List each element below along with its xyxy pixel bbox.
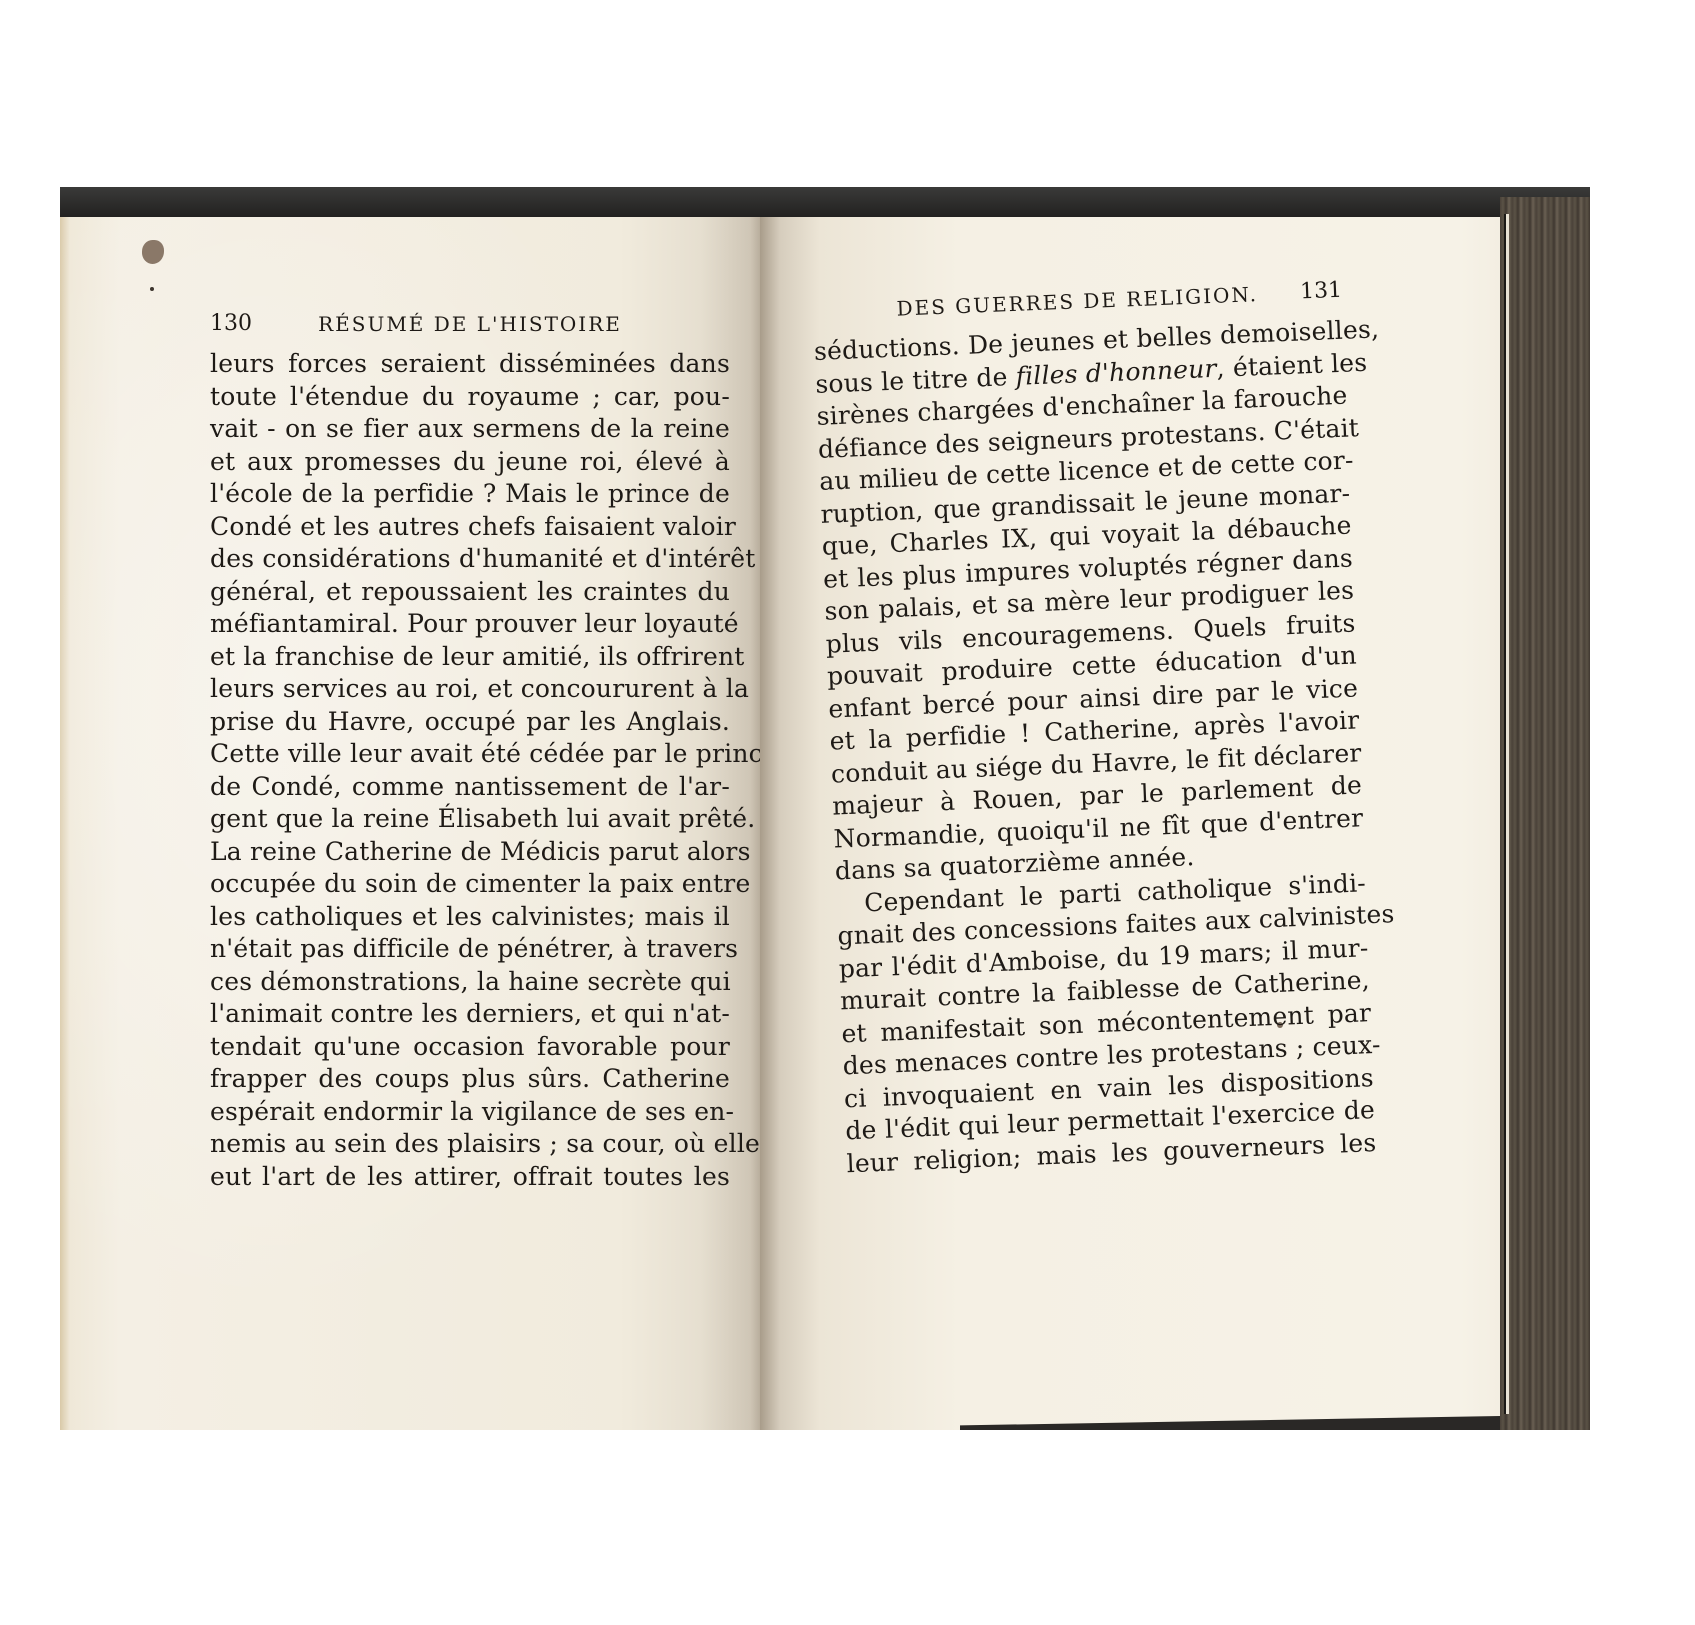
text-line: de Condé, comme nantissement de l'ar- xyxy=(210,771,730,804)
text-line: des considérations d'humanité et d'intér… xyxy=(210,543,730,576)
text-line: leurs services au roi, et concoururent à… xyxy=(210,673,730,706)
left-running-head: 130 RÉSUMÉ DE L'HISTOIRE xyxy=(210,312,730,340)
text-line: vait - on se fier aux sermens de la rein… xyxy=(210,413,730,446)
page-number: 131 xyxy=(1291,274,1342,308)
left-page-text: 130 RÉSUMÉ DE L'HISTOIRE leurs forces se… xyxy=(210,312,730,1193)
text-line: Cette ville leur avait été cédée par le … xyxy=(210,738,730,771)
text-line: méfiantamiral. Pour prouver leur loyauté xyxy=(210,608,730,641)
left-page-clip: 130 RÉSUMÉ DE L'HISTOIRE leurs forces se… xyxy=(0,0,760,1625)
running-head-title: RÉSUMÉ DE L'HISTOIRE xyxy=(260,308,680,341)
right-page-lines: séductions. De jeunes et belles demoisel… xyxy=(813,315,1376,1181)
page-shadow xyxy=(960,1416,1500,1430)
page-number: 130 xyxy=(210,308,260,341)
text-line: La reine Catherine de Médicis parut alor… xyxy=(210,836,730,869)
text-line: Condé et les autres chefs faisaient valo… xyxy=(210,511,730,544)
text-line: espérait endormir la vigilance de ses en… xyxy=(210,1096,730,1129)
text-line: eut l'art de les attirer, offrait toutes… xyxy=(210,1161,730,1194)
text-line: l'animait contre les derniers, et qui n'… xyxy=(210,998,730,1031)
left-page-lines: leurs forces seraient disséminées dansto… xyxy=(210,348,730,1193)
text-line: et la franchise de leur amitié, ils offr… xyxy=(210,641,730,674)
text-line: gent que la reine Élisabeth lui avait pr… xyxy=(210,803,730,836)
text-line: prise du Havre, occupé par les Anglais. xyxy=(210,706,730,739)
text-line: leurs forces seraient disséminées dans xyxy=(210,348,730,381)
text-line: et aux promesses du jeune roi, élevé à xyxy=(210,446,730,479)
text-line: toute l'étendue du royaume ; car, pou- xyxy=(210,381,730,414)
text-line: occupée du soin de cimenter la paix entr… xyxy=(210,868,730,901)
text-line: ces démonstrations, la haine secrète qui xyxy=(210,966,730,999)
text-line: frapper des coups plus sûrs. Catherine xyxy=(210,1063,730,1096)
text-line: général, et repoussaient les craintes du xyxy=(210,576,730,609)
text-line: n'était pas difficile de pénétrer, à tra… xyxy=(210,933,730,966)
book-fore-edge xyxy=(1500,197,1590,1430)
text-line: l'école de la perfidie ? Mais le prince … xyxy=(210,478,730,511)
text-line: tendait qu'une occasion favorable pour xyxy=(210,1031,730,1064)
text-line: nemis au sein des plaisirs ; sa cour, où… xyxy=(210,1128,730,1161)
italic-phrase: filles d'honneur xyxy=(1015,353,1217,390)
right-page-text: DES GUERRES DE RELIGION. 131 séductions.… xyxy=(812,279,1377,1181)
page-edge-line xyxy=(1504,214,1509,1414)
text-line: les catholiques et les calvinistes; mais… xyxy=(210,901,730,934)
